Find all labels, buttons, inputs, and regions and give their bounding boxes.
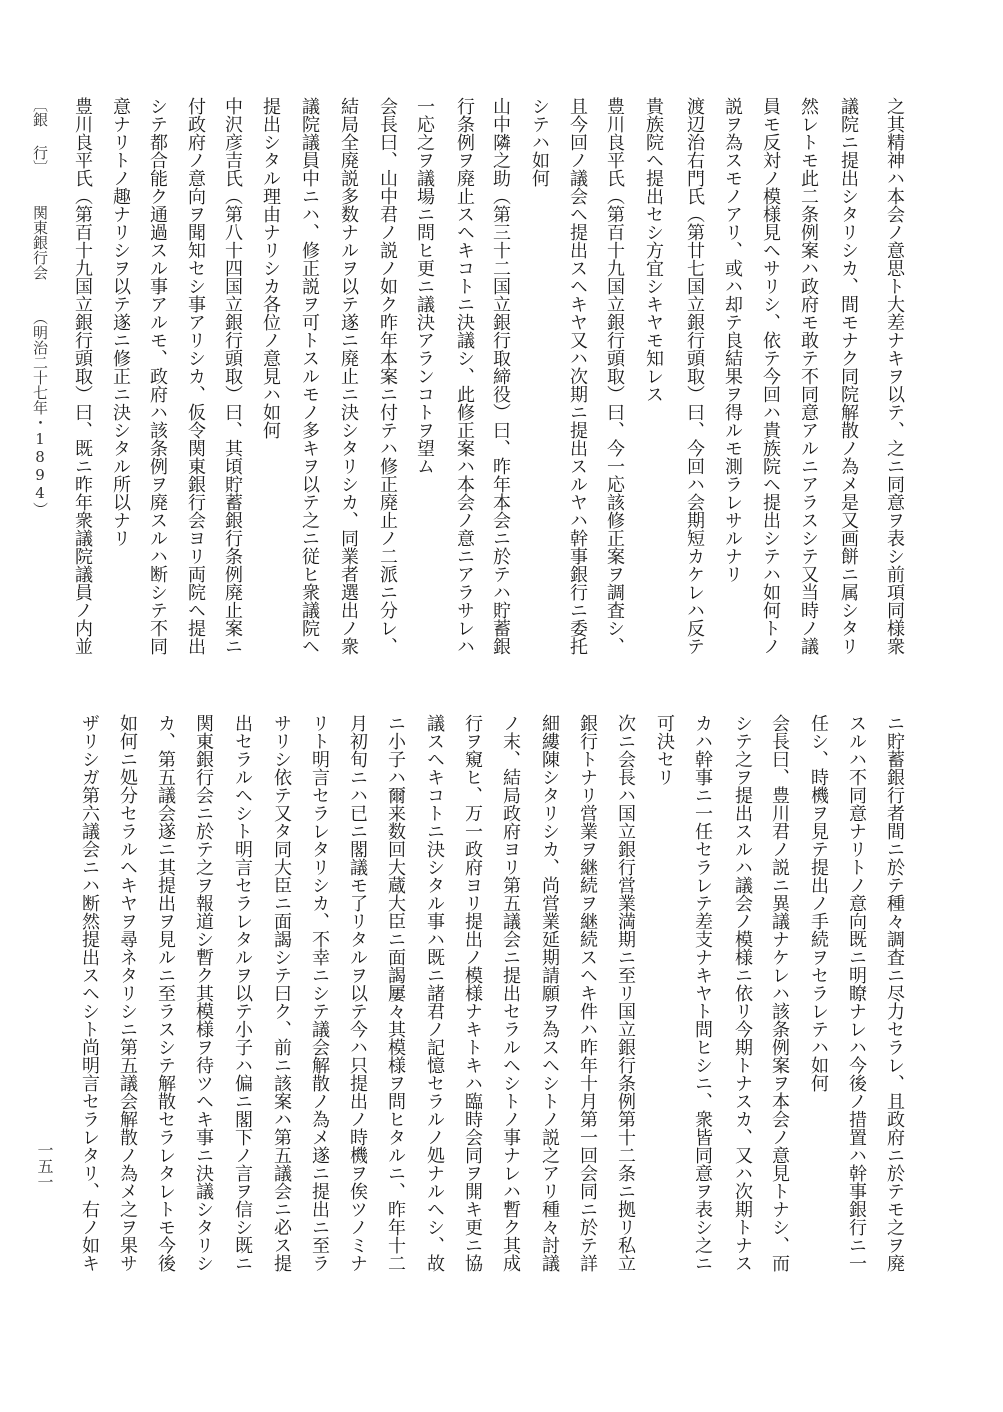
text-column: シテ之ヲ提出スルハ議会ノ模様ニ依リ今期トナスカ、又ハ次期トナス	[729, 714, 751, 1272]
page-number: 一五一	[36, 1142, 52, 1190]
text-column: 出セラルヘシト明言セラレタルヲ以テ小子ハ偏ニ閣下ノ言ヲ信シ既ニ	[229, 714, 251, 1272]
text-column: スルハ不同意ナリトノ意向既ニ明瞭ナレハ今後ノ措置ハ幹事銀行ニ一	[843, 714, 865, 1272]
speaker-column: 山中隣之助（第三十二国立銀行取締役）曰、昨年本会ニ於テハ貯蓄銀	[487, 97, 509, 655]
speaker-column: 渡辺治右門氏（第廿七国立銀行頭取）曰、今回ハ会期短カケレハ反テ	[681, 97, 703, 655]
text-column: リト明言セラレタリシカ、不幸ニシテ議会解散ノ為メ遂ニ提出ニ至ラ	[306, 714, 328, 1272]
text-column: 如何ニ処分セラルヘキヤヲ尋ネタリシニ第五議会解散ノ為メ之ヲ果サ	[114, 714, 136, 1272]
text-column: 且今回ノ議会ヘ提出スヘキヤ又ハ次期ニ提出スルヤハ幹事銀行ニ委托	[564, 97, 586, 655]
text-column: カハ幹事ニ一任セラレテ差支ナキヤト問ヒシニ、衆皆同意ヲ表シ之ニ	[689, 714, 711, 1272]
text-column: 員モ反対ノ模様見ヘサリシ、依テ今回ハ貴族院ヘ提出シテハ如何トノ	[757, 97, 779, 655]
text-column: 可決セリ	[651, 714, 673, 786]
document-page: 之其精神ハ本会ノ意思ト大差ナキヲ以テ、之ニ同意ヲ表シ前項同様衆 議院ニ提出シタリ…	[0, 0, 1003, 1412]
text-column: 銀行トナリ営業ヲ継続ヲ継続スヘキ件ハ昨年十月第一回会同ニ於テ詳	[574, 714, 596, 1272]
text-column: 関東銀行会ニ於テ之ヲ報道シ暫ク其模様ヲ待ツヘキ事ニ決議シタリシ	[190, 714, 212, 1272]
text-column: 之其精神ハ本会ノ意思ト大差ナキヲ以テ、之ニ同意ヲ表シ前項同様衆	[881, 97, 903, 655]
speaker-column: 豊川良平氏（第百十九国立銀行頭取）曰、既ニ昨年衆議院議員ノ内並	[69, 97, 91, 655]
text-column: 結局全廃説多数ナルヲ以テ遂ニ廃止ニ決シタリシカ、同業者選出ノ衆	[335, 97, 357, 655]
running-header: 〔銀 行〕関東銀行会（明治二十七年・1894）	[32, 97, 47, 517]
text-column: ノ末、結局政府ヨリ第五議会ニ提出セラルヘシトノ事ナレハ暫ク其成	[497, 714, 519, 1272]
text-column: 行条例ヲ廃止スヘキコトニ決議シ、此修正案ハ本会ノ意ニアラサレハ	[451, 97, 473, 655]
text-column: シテハ如何	[526, 97, 548, 187]
speaker-column: 豊川良平氏（第百十九国立銀行頭取）曰、今一応該修正案ヲ調査シ、	[601, 97, 623, 655]
speaker-column: 会長曰、山中君ノ説ノ如ク昨年本案ニ付テハ修正廃止ノ二派ニ分レ、	[374, 97, 396, 655]
text-column: 任シ、時機ヲ見テ提出ノ手続ヲセラレテハ如何	[805, 714, 827, 1092]
text-column: ニ貯蓄銀行者間ニ於テ種々調査ニ尽力セラレ、且政府ニ於テモ之ヲ廃	[881, 714, 903, 1272]
text-column: 一応之ヲ議場ニ問ヒ更ニ議決アランコトヲ望ム	[411, 97, 433, 475]
text-column: 次ニ会長ハ国立銀行営業満期ニ至リ国立銀行条例第十二条ニ拠リ私立	[612, 714, 634, 1272]
header-section: 〔銀 行〕	[31, 97, 49, 175]
text-column: 行ヲ窺ヒ、万一政府ヨリ提出ノ模様ナキトキハ臨時会同ヲ開キ更ニ協	[459, 714, 481, 1272]
text-column: 月初旬ニハ已ニ閣議モ了リタルヲ以テ今ハ只提出ノ時機ヲ俟ツノミナ	[344, 714, 366, 1272]
text-column: 提出シタル理由ナリシカ各位ノ意見ハ如何	[257, 97, 279, 439]
text-column: ニ小子ハ爾来数回大蔵大臣ニ面謁屢々其模様ヲ問ヒタルニ、昨年十二	[382, 714, 404, 1272]
text-column: 細縷陳シタリシカ、尚営業延期請願ヲ為スヘシトノ説之アリ種々討議	[536, 714, 558, 1272]
speaker-column: 会長曰、豊川君ノ説ニ異議ナケレハ該条例案ヲ本会ノ意見トナシ、而	[766, 714, 788, 1272]
text-column: 議スヘキコトニ決シタル事ハ既ニ諸君ノ記憶セラルノ処ナルヘシ、故	[421, 714, 443, 1272]
text-column: シテ都合能ク通過スル事アルモ、政府ハ該条例ヲ廃スルハ断シテ不同	[144, 97, 166, 655]
speaker-column: 中沢彦吉氏（第八十四国立銀行頭取）曰、其頃貯蓄銀行条例廃止案ニ	[219, 97, 241, 655]
text-column: 意ナリトノ趣ナリシヲ以テ遂ニ修正ニ決シタル所以ナリ	[107, 97, 129, 547]
text-column: ザリシガ第六議会ニハ断然提出スヘシト尚明言セラレタリ、右ノ如キ	[76, 714, 98, 1272]
text-column: 説ヲ為スモノアリ、或ハ却テ良結果ヲ得ルモ測ラレサルナリ	[719, 97, 741, 583]
text-column: カ、第五議会遂ニ其提出ヲ見ルニ至ラスシテ解散セラレタレトモ今後	[152, 714, 174, 1272]
header-era: （明治二十七年・1894）	[31, 310, 49, 517]
text-column: 議院ニ提出シタリシカ、間モナク同院解散ノ為メ是又画餅ニ属シタリ	[835, 97, 857, 655]
text-column: 付政府ノ意向ヲ聞知セシ事アリシカ、仮令関東銀行会ヨリ両院ヘ提出	[182, 97, 204, 655]
header-organization: 関東銀行会	[31, 205, 49, 280]
text-column: 議院議員中ニハ、修正説ヲ可トスルモノ多キヲ以テ之ニ従ヒ衆議院ヘ	[296, 97, 318, 655]
text-column: サリシ依テ又タ同大臣ニ面謁シテ曰ク、前ニ該案ハ第五議会ニ必ス提	[268, 714, 290, 1272]
text-column: 然レトモ此二条例案ハ政府モ敢テ不同意アルニアラスシテ又当時ノ議	[795, 97, 817, 655]
text-column: 貴族院ヘ提出セシ方宜シキヤモ知レス	[640, 97, 662, 403]
